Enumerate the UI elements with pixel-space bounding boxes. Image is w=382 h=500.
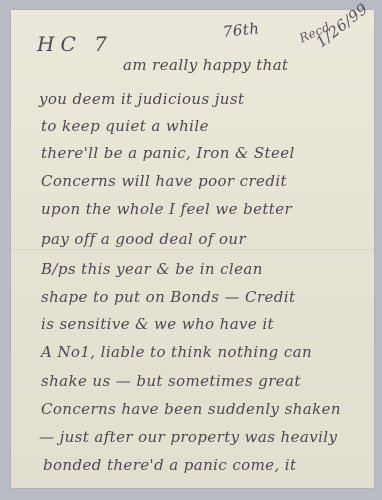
letter-line-13: Concerns have been suddenly shaken xyxy=(41,400,341,418)
letter-line-9: shape to put on Bonds — Credit xyxy=(41,288,295,306)
letter-line-11: A No1, liable to think nothing can xyxy=(41,343,312,361)
letter-line-10: is sensitive & we who have it xyxy=(41,315,274,333)
letter-line-8: B/ps this year & be in clean xyxy=(41,260,263,278)
letter-line-6: upon the whole I feel we better xyxy=(41,200,292,218)
letter-line-2: you deem it judicious just xyxy=(39,90,244,108)
letter-initials: HC 7 xyxy=(37,32,113,56)
letter-line-4: there'll be a panic, Iron & Steel xyxy=(41,144,295,162)
letter-line-14: — just after our property was heavily xyxy=(39,428,337,446)
letter-line-15: bonded there'd a panic come, it xyxy=(43,456,296,474)
letter-ordinal: 76th xyxy=(222,19,260,41)
paper-fold-line xyxy=(11,249,374,250)
letter-line-7: pay off a good deal of our xyxy=(41,230,246,248)
letter-line-5: Concerns will have poor credit xyxy=(41,172,287,190)
letter-line-12: shake us — but sometimes great xyxy=(41,372,301,390)
letter-page: HC 7 76th Recd 1/26/99 am really happy t… xyxy=(11,10,374,488)
letter-line-3: to keep quiet a while xyxy=(41,117,209,135)
letter-line-1: am really happy that xyxy=(123,56,288,74)
